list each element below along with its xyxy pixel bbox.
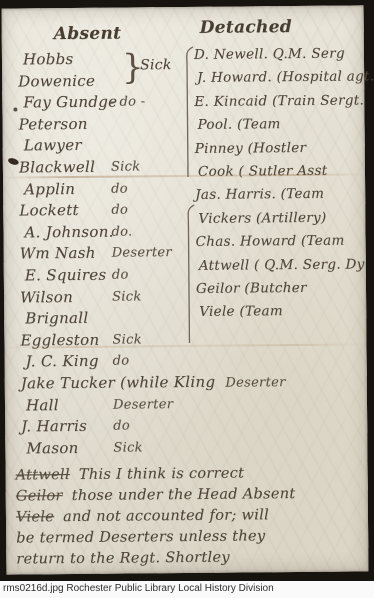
list-item: E. Kincaid (Train Sergt. (194, 89, 369, 114)
list-item: Viele (Team (196, 300, 371, 325)
list-item: Attwell ( Q.M. Serg. Dy (196, 253, 371, 278)
list-item: Pool. (Team (194, 113, 369, 138)
list-item: J. Harrisdo (21, 415, 221, 438)
list-item: Jas. Harris. (Team (195, 183, 370, 208)
list-item: Applindo (19, 177, 219, 200)
scan-caption-strip: rms0216d.jpg Rochester Public Library Lo… (0, 581, 374, 598)
list-item: MasonSick (21, 436, 221, 459)
note-line: Geilorthose under the Head Absent (16, 484, 296, 507)
closing-note: AttwellThis I think is correct Geilortho… (16, 463, 297, 570)
list-item: J. Howard. (Hospital agt. (194, 66, 369, 91)
note-line: be termed Deserters unless they (16, 526, 296, 549)
detached-column-header: Detached (200, 17, 292, 38)
list-item: Vickers (Artillery) (195, 206, 370, 231)
note-line: Vieleand not accounted for; will (16, 505, 296, 528)
manuscript-page: Absent Detached Hobbs Dowenice Fay Gundg… (2, 5, 369, 574)
detached-list: D. Newell. Q.M. Serg J. Howard. (Hospita… (194, 42, 371, 324)
brace-status-label: Sick (140, 57, 172, 73)
list-item: Chas. Howard (Team (195, 230, 370, 255)
scan-caption-text: rms0216d.jpg Rochester Public Library Lo… (3, 583, 274, 594)
note-line: AttwellThis I think is correct (16, 463, 296, 486)
list-item: Pinney (Hostler (195, 136, 370, 161)
ink-blot (13, 107, 17, 111)
list-item: J. C. Kingdo (21, 350, 221, 373)
absent-column-header: Absent (54, 24, 122, 45)
list-item: D. Newell. Q.M. Serg (194, 42, 369, 67)
scanned-manuscript-photo: Absent Detached Hobbs Dowenice Fay Gundg… (0, 0, 374, 598)
list-item: Jake Tucker (while KlingDeserter (21, 372, 221, 395)
list-item: HallDeserter (21, 393, 221, 416)
note-line: return to the Regt. Shortley (16, 547, 296, 570)
ink-blot (7, 157, 19, 166)
list-item: Cook ( Sutler Asst (195, 159, 370, 184)
list-item: Geilor (Butcher (196, 276, 371, 301)
